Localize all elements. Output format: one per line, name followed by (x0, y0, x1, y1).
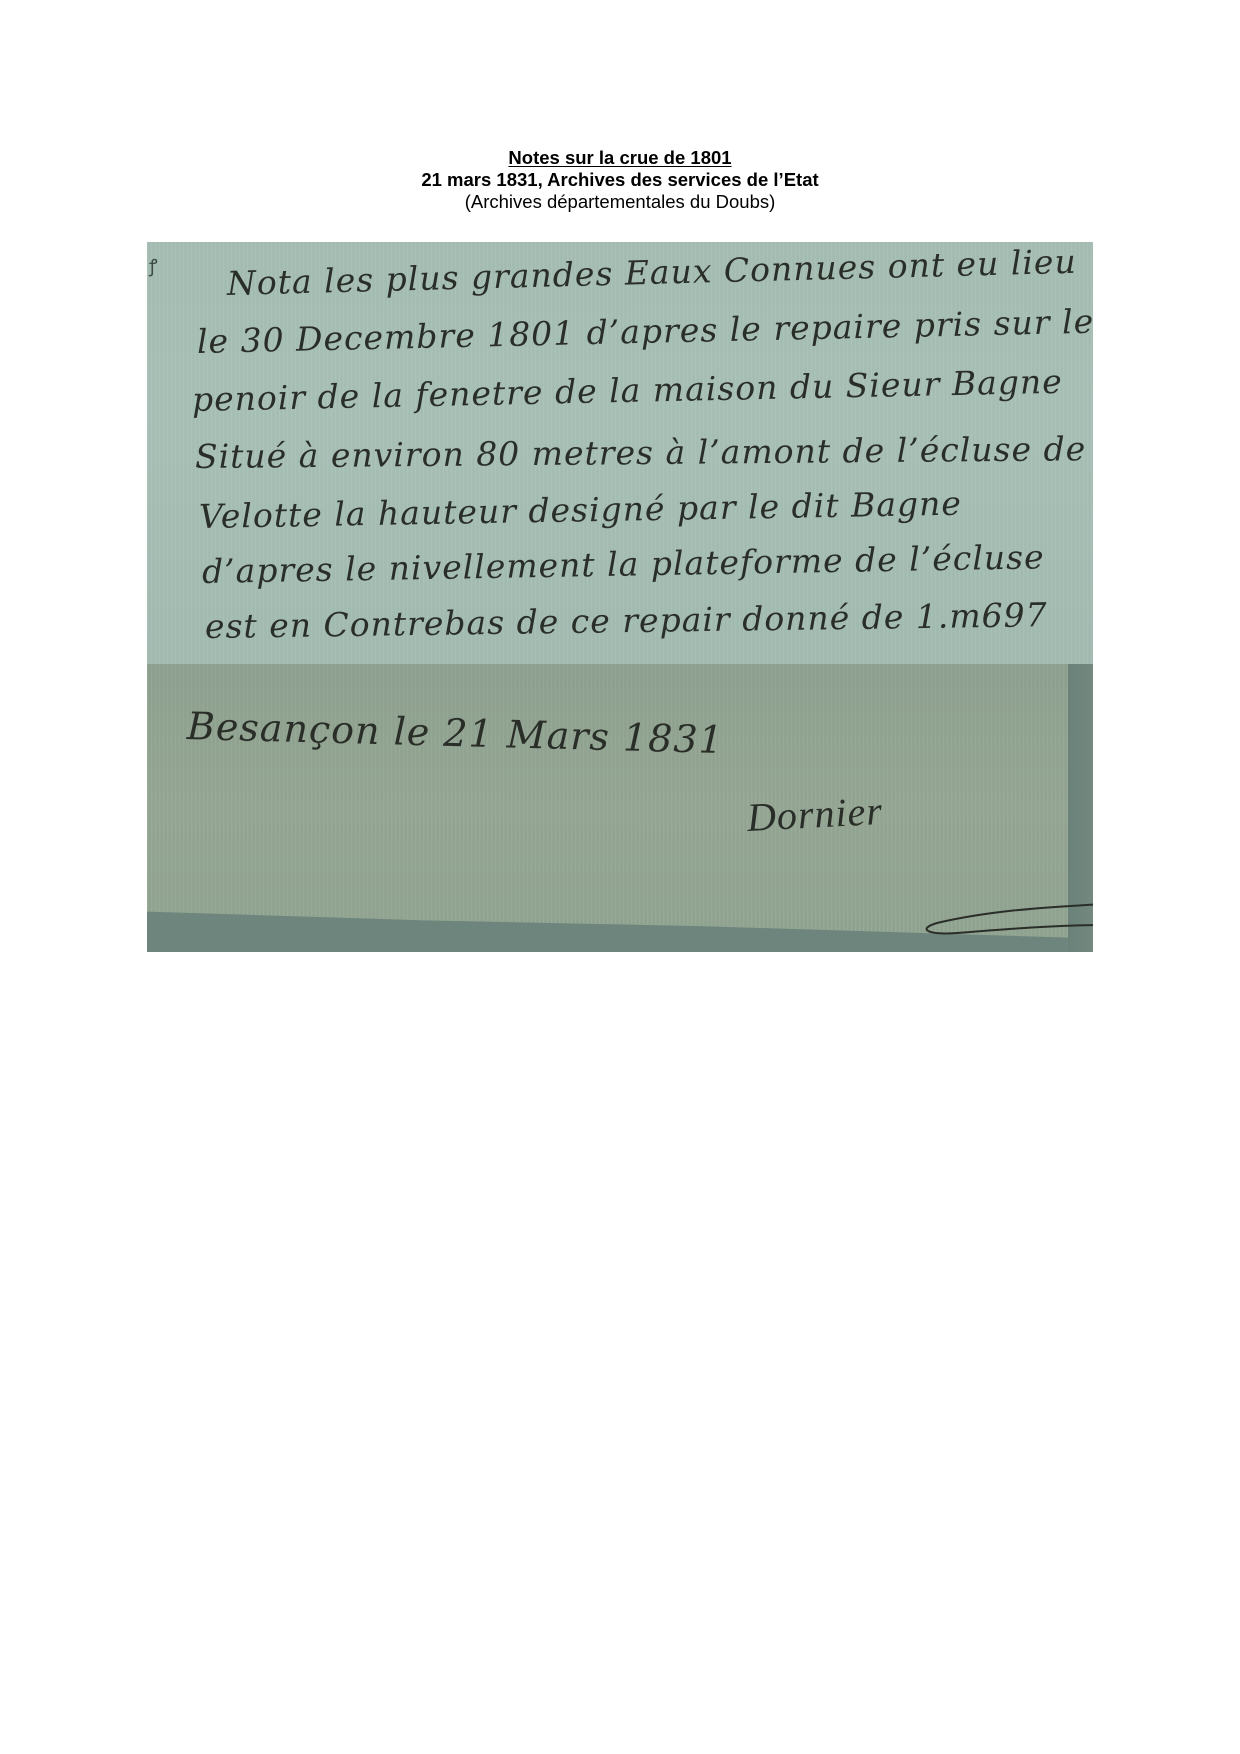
document-source: (Archives départementales du Doubs) (0, 191, 1240, 213)
document-title: Notes sur la crue de 1801 (0, 147, 1240, 169)
manuscript-line: le 30 Decembre 1801 d’apres le repaire p… (197, 302, 1093, 361)
corner-mark: ꝭ (149, 254, 158, 278)
manuscript-signature: Dornier (746, 787, 884, 841)
manuscript-line: est en Contrebas de ce repair donné de 1… (205, 595, 1048, 646)
document-subtitle: 21 mars 1831, Archives des services de l… (0, 169, 1240, 191)
signature-flourish-icon (917, 899, 1093, 939)
manuscript-line: Situé à environ 80 metres à l’amont de l… (195, 429, 1086, 476)
manuscript-lower-sheet: Besançon le 21 Mars 1831 Dornier (147, 664, 1093, 952)
manuscript-line: d’apres le nivellement la plateforme de … (202, 537, 1045, 591)
document-heading: Notes sur la crue de 1801 21 mars 1831, … (0, 147, 1240, 213)
manuscript-line: penoir de la fenetre de la maison du Sie… (192, 362, 1064, 419)
manuscript-line: Nota les plus grandes Eaux Connues ont e… (226, 242, 1077, 303)
manuscript-photograph: ꝭ Nota les plus grandes Eaux Connues ont… (147, 242, 1093, 952)
manuscript-upper-sheet: ꝭ Nota les plus grandes Eaux Connues ont… (147, 242, 1093, 664)
manuscript-line: Velotte la hauteur designé par le dit Ba… (199, 484, 963, 536)
